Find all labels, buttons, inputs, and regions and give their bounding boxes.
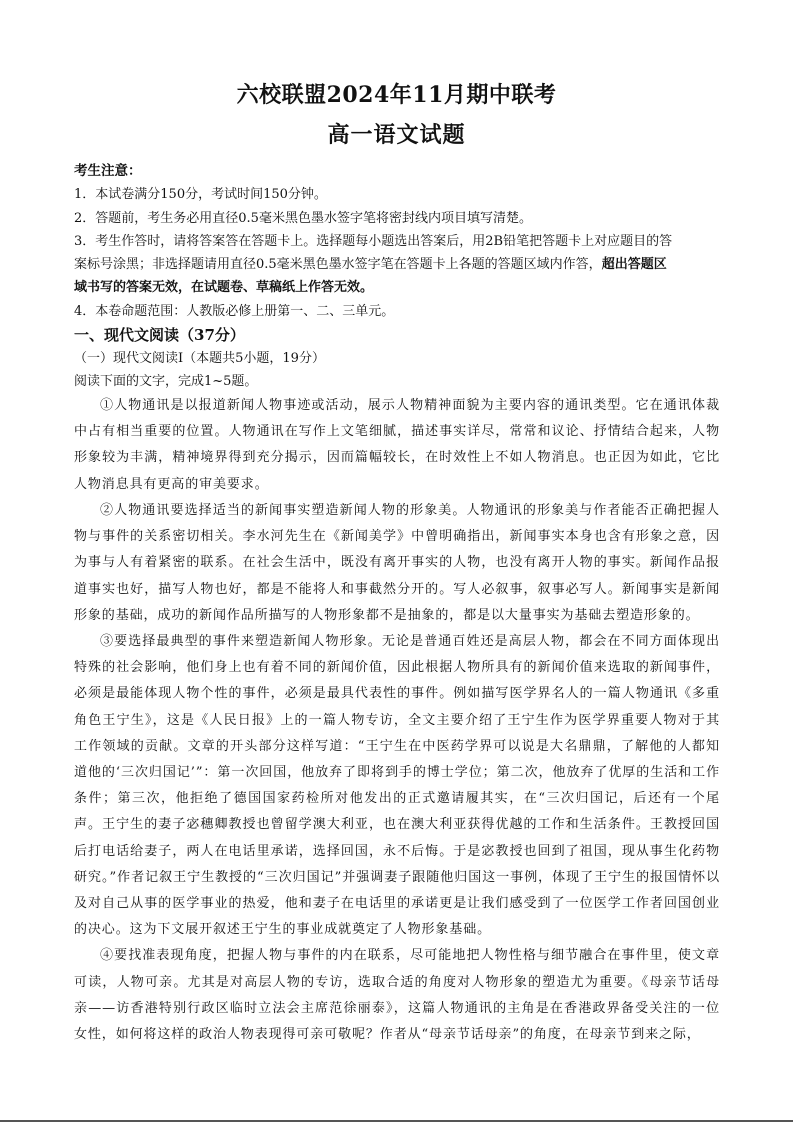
notice-item-3-cont: 案标号涂黑；非选择题请用直径0.5毫米黑色墨水签字笔在答题卡上各题的答题区域内作… xyxy=(74,253,720,276)
part-heading: （一）现代文阅读Ⅰ（本题共5小题，19分） xyxy=(74,347,720,370)
notice-item-1: 1．本试卷满分150分，考试时间150分钟。 xyxy=(74,183,720,206)
notice-item-3-normal: 案标号涂黑；非选择题请用直径0.5毫米黑色墨水签字笔在答题卡上各题的答题区域内作… xyxy=(74,257,602,272)
paragraph-1: ①人物通讯是以报道新闻人物事迹或活动，展示人物精神面貌为主要内容的通讯类型。它在… xyxy=(74,393,720,498)
exam-subtitle: 高一语文试题 xyxy=(0,118,793,149)
notice-item-3: 3．考生作答时，请将答案答在答题卡上。选择题每小题选出答案后，用2B铅笔把答题卡… xyxy=(74,230,720,253)
paragraph-4: ④要找准表现角度，把握人物与事件的内在联系，尽可能地把人物性格与细节融合在事件里… xyxy=(74,943,720,1048)
paragraph-2: ②人物通讯要选择适当的新闻事实塑造新闻人物的形象美。人物通讯的形象美与作者能否正… xyxy=(74,498,720,629)
exam-title: 六校联盟2024年11月期中联考 xyxy=(0,78,793,109)
exam-page: 六校联盟2024年11月期中联考 高一语文试题 考生注意： 1．本试卷满分150… xyxy=(0,0,793,1120)
notice-heading: 考生注意： xyxy=(74,160,720,183)
notice-item-3-bold: 超出答题区 xyxy=(602,257,667,272)
notice-item-4: 4．本卷命题范围：人教版必修上册第一、二、三单元。 xyxy=(74,300,720,323)
paragraph-3: ③要选择最典型的事件来塑造新闻人物形象。无论是普通百姓还是高层人物，都会在不同方… xyxy=(74,629,720,943)
notice-item-3-bold-cont: 域书写的答案无效，在试题卷、草稿纸上作答无效。 xyxy=(74,276,720,299)
reading-instruction: 阅读下面的文字，完成1~5题。 xyxy=(74,370,720,393)
exam-content: 考生注意： 1．本试卷满分150分，考试时间150分钟。 2．答题前，考生务必用… xyxy=(74,160,720,1048)
notice-item-2: 2．答题前，考生务必用直径0.5毫米黑色墨水签字笔将密封线内项目填写清楚。 xyxy=(74,207,720,230)
section-heading: 一、现代文阅读（37分） xyxy=(74,323,720,347)
